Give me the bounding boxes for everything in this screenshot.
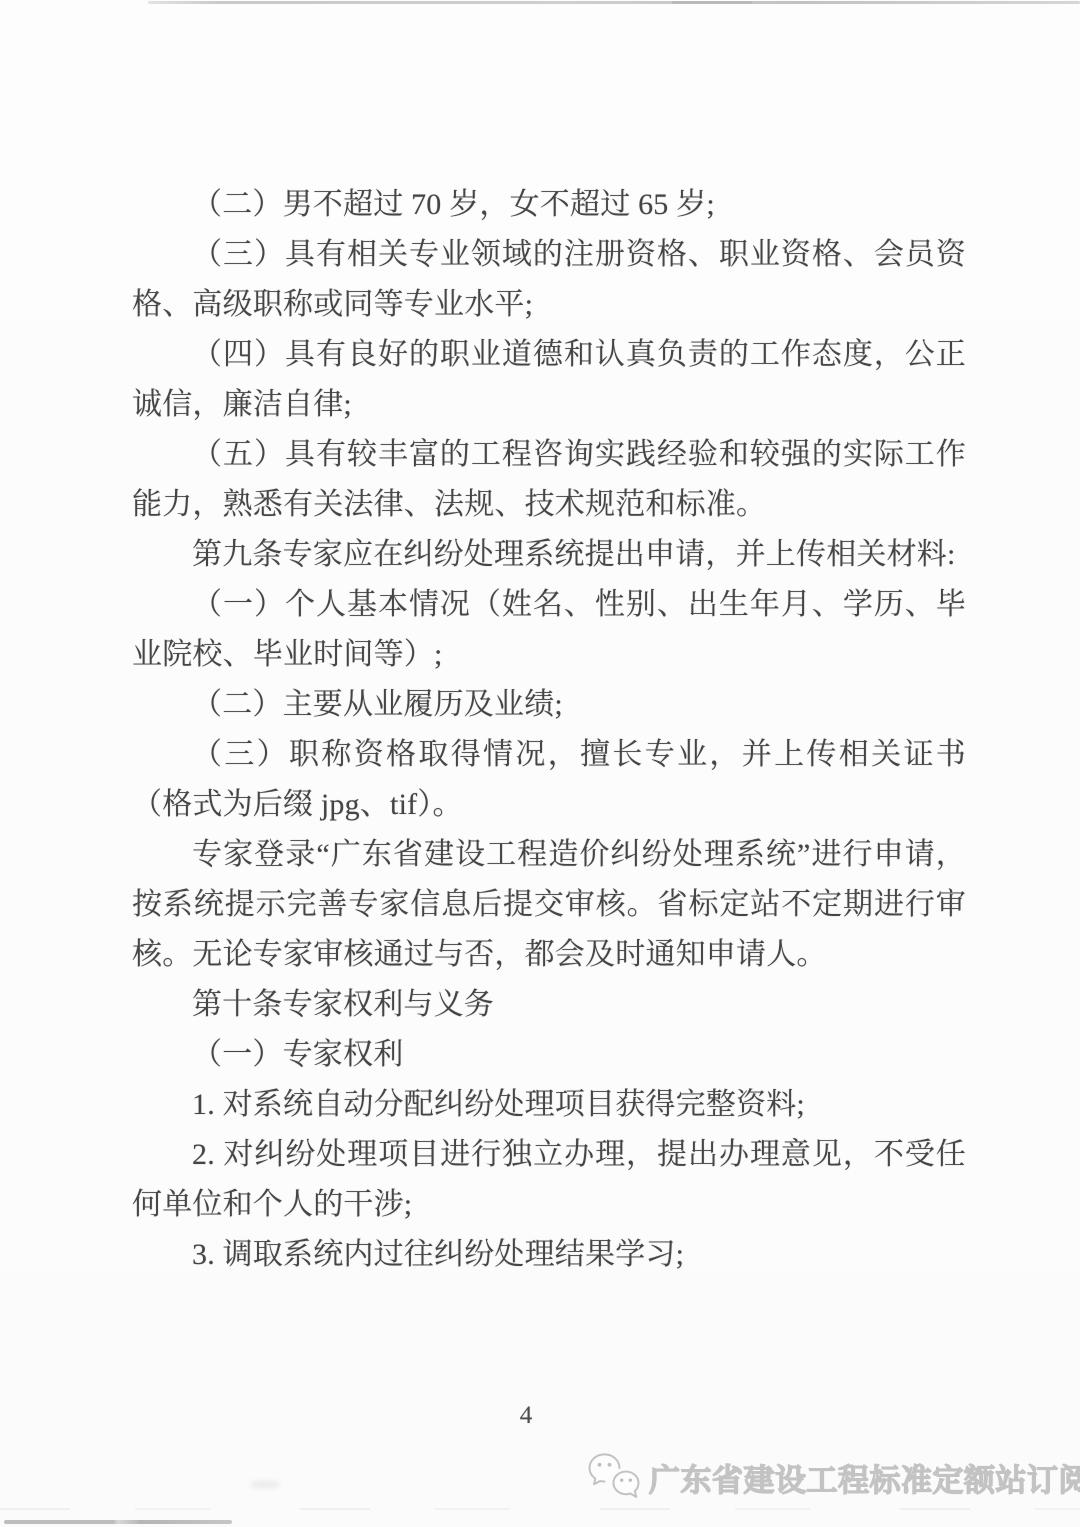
watermark-text: 广东省建设工程标准定额站订阅号 — [649, 1455, 1080, 1500]
body-paragraph: 专家登录“广东省建设工程造价纠纷处理系统”进行申请，按系统提示完善专家信息后提交… — [132, 830, 966, 980]
watermark: 广东省建设工程标准定额站订阅号 — [585, 1449, 1080, 1505]
wechat-icon — [585, 1449, 643, 1505]
clause-paragraph: （二）主要从业履历及业绩; — [132, 680, 966, 730]
page-number: 4 — [0, 1402, 1052, 1430]
clause-paragraph: （一）个人基本情况（姓名、性别、出生年月、学历、毕业院校、毕业时间等）; — [132, 580, 966, 680]
article-10-heading-paragraph: 第十条专家权利与义务 — [132, 980, 966, 1030]
article-9-heading-paragraph: 第九条专家应在纠纷处理系统提出申请，并上传相关材料: — [132, 530, 966, 580]
clause-paragraph: （一）专家权利 — [132, 1030, 966, 1080]
scan-artifact-top-line-dark — [672, 1, 752, 4]
clause-paragraph: （三）职称资格取得情况，擅长专业，并上传相关证书（格式为后缀 jpg、tif）。 — [132, 730, 966, 830]
document-page: （二）男不超过 70 岁，女不超过 65 岁; （三）具有相关专业领域的注册资格… — [0, 0, 1080, 1527]
numbered-item-paragraph: 2. 对纠纷处理项目进行独立办理，提出办理意见，不受任何单位和个人的干涉; — [132, 1130, 966, 1230]
clause-paragraph: （四）具有良好的职业道德和认真负责的工作态度，公正诚信，廉洁自律; — [132, 330, 966, 430]
scan-artifact-bottom-left-line — [4, 1520, 232, 1524]
clause-paragraph: （三）具有相关专业领域的注册资格、职业资格、会员资格、高级职称或同等专业水平; — [132, 230, 966, 330]
scan-artifact-smudge — [250, 1480, 280, 1489]
scan-artifact-bottom-dashes — [0, 1508, 1080, 1510]
numbered-item-paragraph: 3. 调取系统内过往纠纷处理结果学习; — [132, 1230, 966, 1280]
scan-artifact-top-line — [148, 1, 1080, 4]
clause-paragraph: （二）男不超过 70 岁，女不超过 65 岁; — [132, 180, 966, 230]
numbered-item-paragraph: 1. 对系统自动分配纠纷处理项目获得完整资料; — [132, 1080, 966, 1130]
document-body: （二）男不超过 70 岁，女不超过 65 岁; （三）具有相关专业领域的注册资格… — [132, 180, 966, 1280]
clause-paragraph: （五）具有较丰富的工程咨询实践经验和较强的实际工作能力，熟悉有关法律、法规、技术… — [132, 430, 966, 530]
